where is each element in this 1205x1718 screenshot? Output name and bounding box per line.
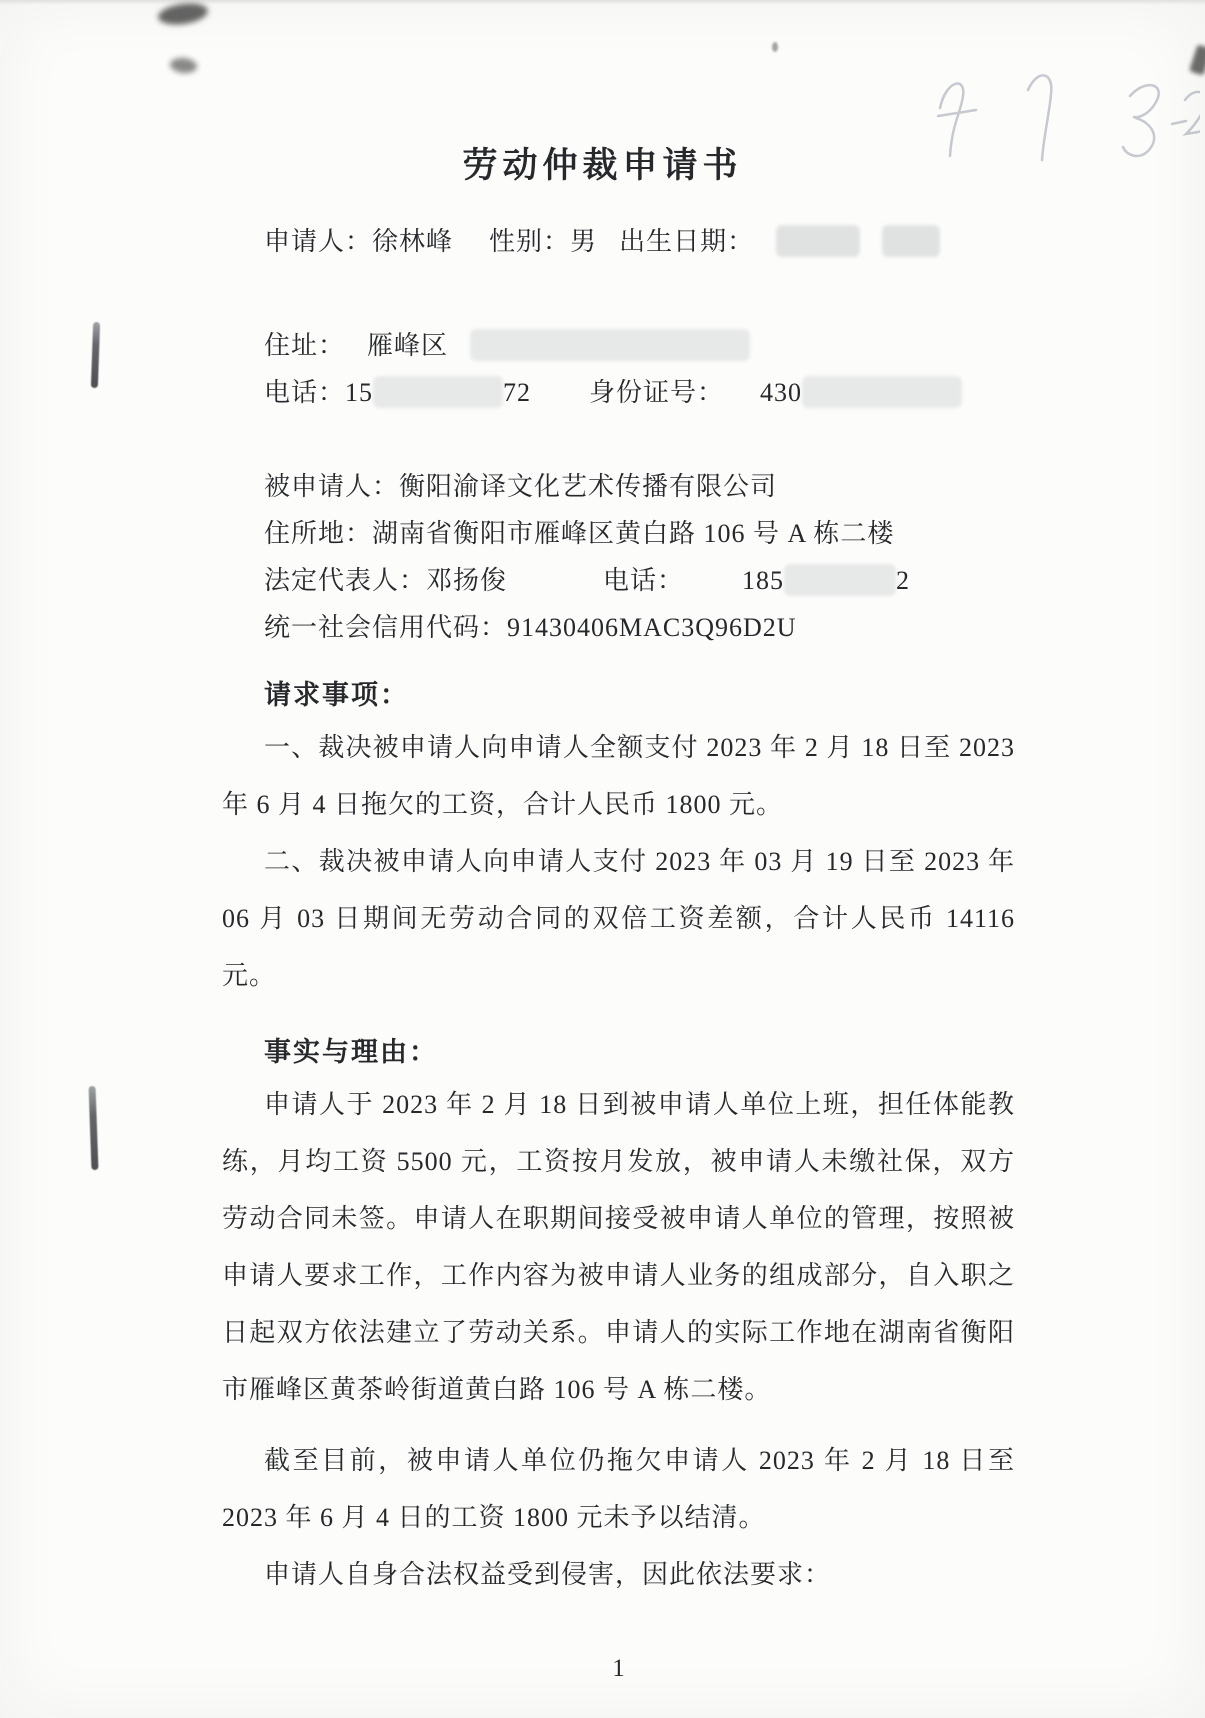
redaction-blob-id bbox=[802, 376, 962, 408]
respondent-phone-suffix: 2 bbox=[896, 566, 910, 595]
respondent-address-line: 住所地：湖南省衡阳市雁峰区黄白路 106 号 A 栋二楼 bbox=[222, 510, 1015, 557]
respondent-name: 衡阳渝译文化艺术传播有限公司 bbox=[399, 472, 777, 501]
phone-prefix: 15 bbox=[345, 378, 373, 407]
id-label: 身份证号： bbox=[589, 378, 724, 407]
facts-paragraph-3: 申请人自身合法权益受到侵害，因此依法要求： bbox=[222, 1546, 1015, 1603]
applicant-label: 申请人： bbox=[264, 227, 372, 256]
legal-rep-name: 邓扬俊 bbox=[426, 566, 507, 595]
legal-rep-label: 法定代表人： bbox=[264, 566, 426, 595]
respondent-phone-label: 电话： bbox=[603, 566, 684, 595]
phone-suffix: 72 bbox=[503, 378, 531, 407]
credit-code-value: 91430406MAC3Q96D2U bbox=[507, 613, 797, 642]
document-page: 劳动仲裁申请书 申请人：徐林峰性别：男出生日期： 住址：雁峰区 电话：1572身… bbox=[0, 0, 1205, 1718]
redaction-blob-phone bbox=[373, 376, 503, 408]
redaction-blob-respondent-phone bbox=[784, 564, 896, 596]
handwriting-scribble bbox=[880, 38, 1200, 168]
dob-label: 出生日期： bbox=[619, 227, 754, 256]
claims-heading: 请求事项： bbox=[222, 671, 1015, 719]
respondent-address: 湖南省衡阳市雁峰区黄白路 106 号 A 栋二楼 bbox=[372, 519, 894, 548]
applicant-name: 徐林峰 bbox=[372, 227, 453, 256]
applicant-phone-line: 电话：1572身份证号：430 bbox=[222, 369, 1015, 416]
address-visible: 雁峰区 bbox=[367, 331, 448, 360]
respondent-label: 被申请人： bbox=[264, 472, 399, 501]
address-label: 住址： bbox=[264, 331, 345, 360]
ink-speck-top-center bbox=[772, 42, 778, 52]
id-prefix: 430 bbox=[760, 378, 802, 407]
applicant-address-line: 住址：雁峰区 bbox=[222, 322, 1015, 369]
page-number: 1 bbox=[222, 1655, 1015, 1683]
facts-heading: 事实与理由： bbox=[222, 1028, 1015, 1076]
redaction-blob-dob-1 bbox=[776, 225, 860, 257]
facts-paragraph-1: 申请人于 2023 年 2 月 18 日到被申请人单位上班，担任体能教练，月均工… bbox=[222, 1076, 1015, 1418]
ink-smudge-top-left-2 bbox=[169, 57, 197, 75]
respondent-address-label: 住所地： bbox=[264, 519, 372, 548]
respondent-line: 被申请人：衡阳渝译文化艺术传播有限公司 bbox=[222, 463, 1015, 510]
facts-paragraph-2: 截至目前，被申请人单位仍拖欠申请人 2023 年 2 月 18 日至 2023 … bbox=[222, 1432, 1015, 1546]
redaction-blob-dob-2 bbox=[882, 225, 940, 257]
claim-item-2: 二、裁决被申请人向申请人支付 2023 年 03 月 19 日至 2023 年 … bbox=[222, 833, 1015, 1004]
claim-item-1: 一、裁决被申请人向申请人全额支付 2023 年 2 月 18 日至 2023 年… bbox=[222, 719, 1015, 833]
legal-rep-line: 法定代表人：邓扬俊电话：1852 bbox=[222, 557, 1015, 604]
respondent-phone-prefix: 185 bbox=[742, 566, 784, 595]
applicant-line: 申请人：徐林峰性别：男出生日期： bbox=[222, 218, 1015, 265]
document-body: 申请人：徐林峰性别：男出生日期： 住址：雁峰区 电话：1572身份证号：430 … bbox=[0, 218, 1205, 1683]
gender-value: 男 bbox=[570, 227, 597, 256]
gender-label: 性别： bbox=[489, 227, 570, 256]
credit-code-line: 统一社会信用代码：91430406MAC3Q96D2U bbox=[222, 604, 1015, 651]
phone-label: 电话： bbox=[264, 378, 345, 407]
redaction-blob-address bbox=[470, 329, 750, 361]
credit-code-label: 统一社会信用代码： bbox=[264, 613, 507, 642]
